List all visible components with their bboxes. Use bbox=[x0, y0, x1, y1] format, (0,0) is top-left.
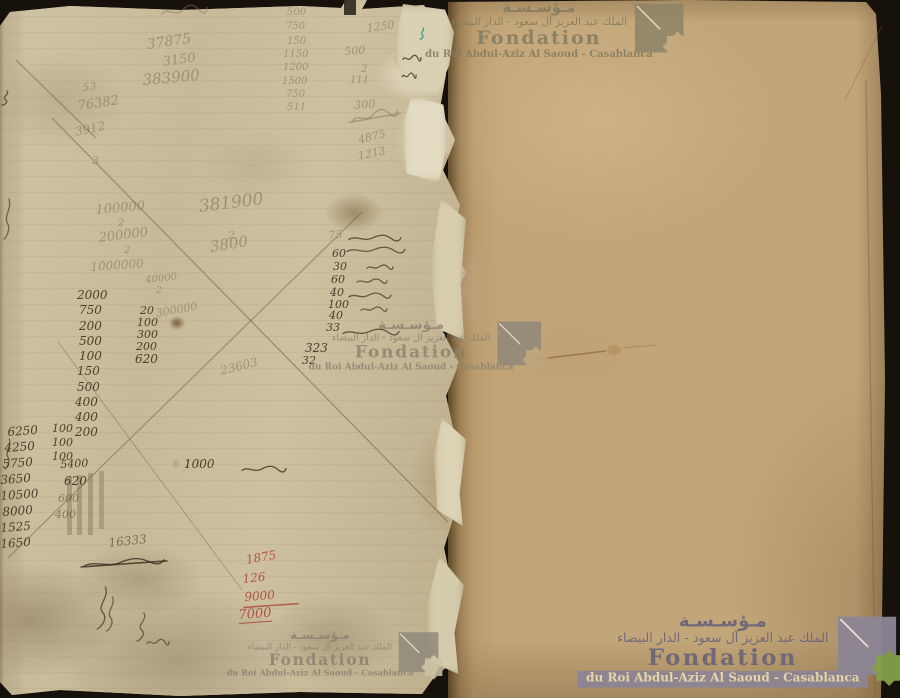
torn-paper-fragment bbox=[402, 96, 448, 182]
left-page bbox=[0, 0, 470, 698]
manuscript-scan: 3787531503839005376382391235007501501150… bbox=[0, 0, 900, 698]
right-page bbox=[448, 0, 885, 698]
